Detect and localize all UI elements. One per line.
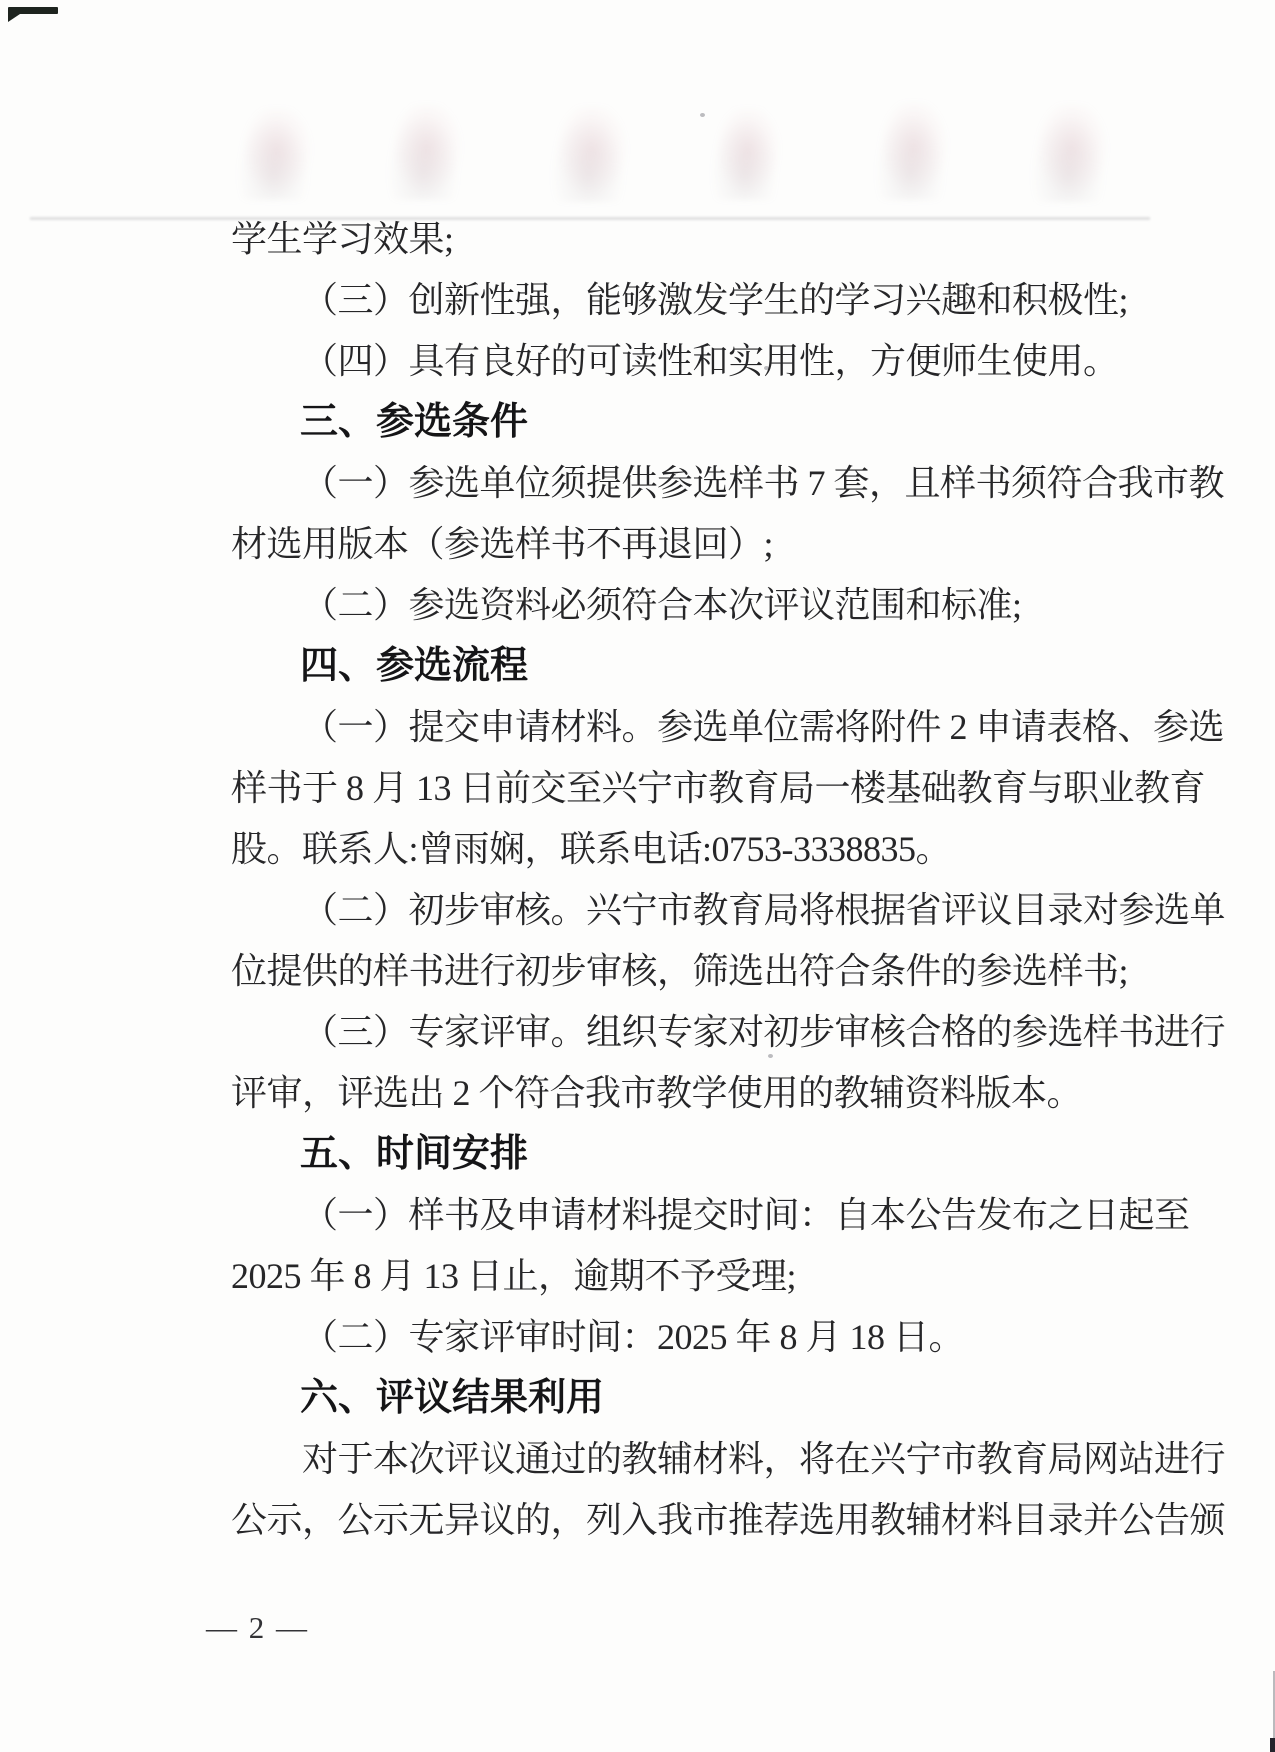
text-line: （三）创新性强，能够激发学生的学习兴趣和积极性; — [231, 278, 1128, 322]
section-heading: 六、评议结果利用 — [231, 1376, 604, 1420]
text-line: 材选用版本（参选样书不再退回）; — [231, 522, 773, 566]
text-line: （一）提交申请材料。参选单位需将附件 2 申请表格、参选 — [231, 705, 1224, 749]
text-line: （一）样书及申请材料提交时间：自本公告发布之日起至 — [231, 1193, 1190, 1237]
document-body: 学生学习效果;（三）创新性强，能够激发学生的学习兴趣和积极性;（四）具有良好的可… — [0, 0, 1275, 1752]
text-line: （四）具有良好的可读性和实用性，方便师生使用。 — [231, 339, 1119, 383]
section-heading: 四、参选流程 — [231, 644, 528, 688]
text-line: （二）初步审核。兴宁市教育局将根据省评议目录对参选单 — [231, 888, 1225, 932]
text-line: （一）参选单位须提供参选样书 7 套，且样书须符合我市教 — [231, 461, 1224, 505]
text-line: （二）参选资料必须符合本次评议范围和标准; — [231, 583, 1022, 627]
section-heading: 三、参选条件 — [231, 400, 528, 444]
text-line: 位提供的样书进行初步审核，筛选出符合条件的参选样书; — [231, 949, 1128, 993]
text-line: 评审，评选出 2 个符合我市教学使用的教辅资料版本。 — [231, 1071, 1082, 1115]
section-heading: 五、时间安排 — [231, 1132, 528, 1176]
text-line: 样书于 8 月 13 日前交至兴宁市教育局一楼基础教育与职业教育 — [231, 766, 1205, 810]
scanned-document-page: 学生学习效果;（三）创新性强，能够激发学生的学习兴趣和积极性;（四）具有良好的可… — [0, 0, 1275, 1752]
text-line: （二）专家评审时间：2025 年 8 月 18 日。 — [231, 1315, 964, 1359]
text-line: 对于本次评议通过的教辅材料，将在兴宁市教育局网站进行 — [231, 1437, 1225, 1481]
text-line: （三）专家评审。组织专家对初步审核合格的参选样书进行 — [231, 1010, 1225, 1054]
scan-edge-mark-artifact — [1270, 1738, 1275, 1752]
text-line: 公示，公示无异议的，列入我市推荐选用教辅材料目录并公告颁 — [231, 1498, 1225, 1542]
text-line: 2025 年 8 月 13 日止，逾期不予受理; — [231, 1254, 796, 1298]
page-number: — 2 — — [206, 1610, 309, 1646]
text-line: 学生学习效果; — [231, 217, 454, 261]
text-line: 股。联系人:曾雨娴，联系电话:0753-3338835。 — [231, 827, 951, 871]
